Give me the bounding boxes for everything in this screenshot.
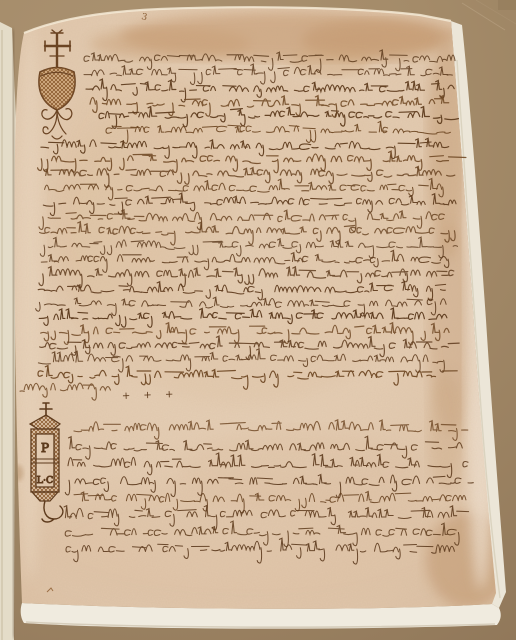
initial-letter-top: P <box>41 441 49 455</box>
manuscript-scene-svg: 3 + + + P L·C <box>0 0 516 640</box>
initial-letter-bottom: L·C <box>37 475 54 486</box>
frame-edge-shadow <box>498 0 516 10</box>
background-mat <box>462 0 516 30</box>
manuscript-photo: 3 + + + P L·C <box>0 0 516 640</box>
gutter-shadow <box>13 30 14 638</box>
triple-cross-mark: + + + <box>122 389 179 402</box>
